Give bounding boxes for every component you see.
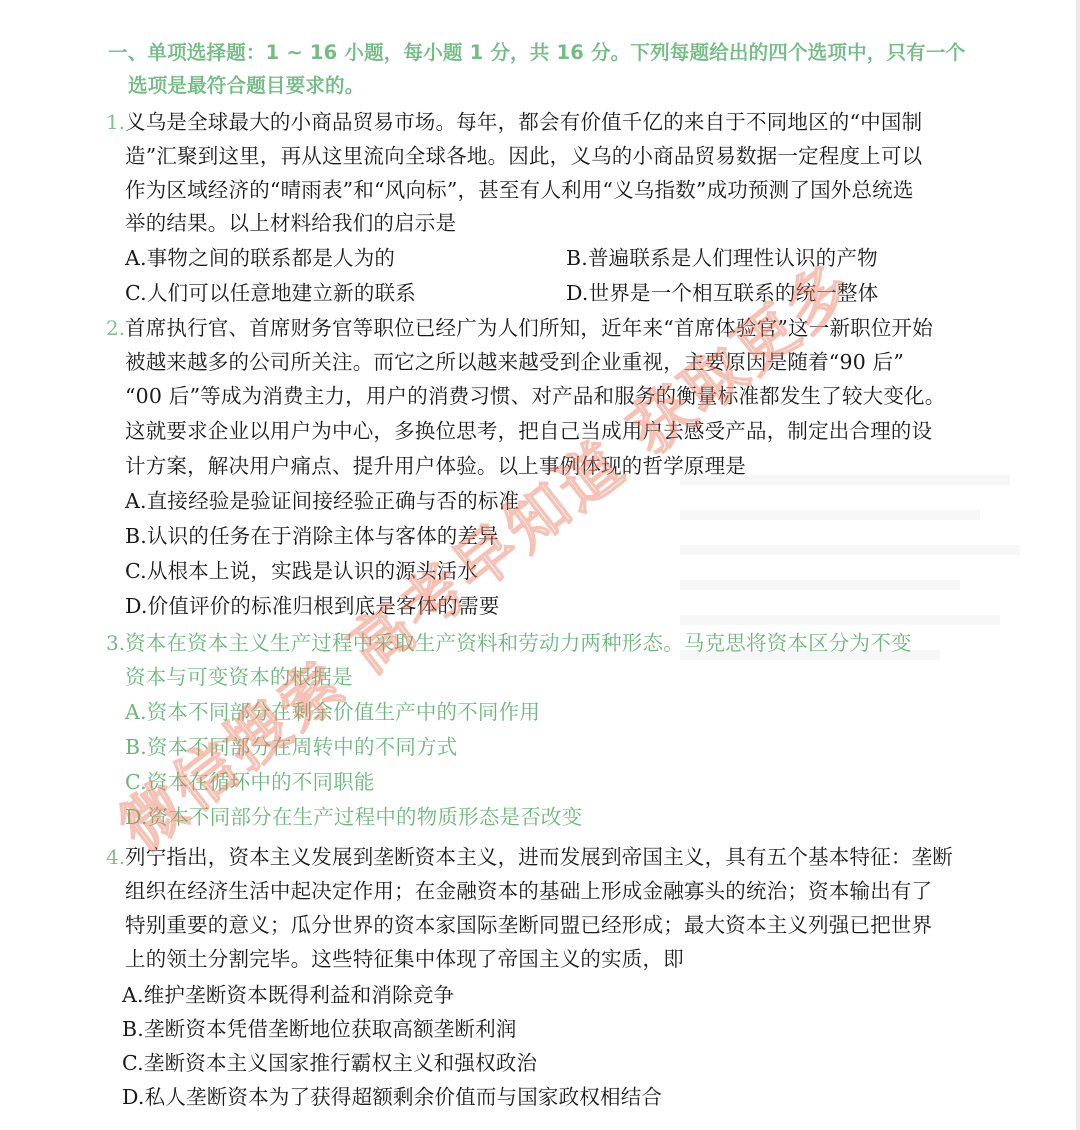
option-label: C. <box>125 559 147 583</box>
option-text: 垄断资本主义国家推行霸权主义和强权政治 <box>144 1051 537 1075</box>
question-stem-line: 组织在经济生活中起决定作用；在金融资本的基础上形成金融寡头的统治；资本输出有了 <box>125 876 932 906</box>
option-label: D. <box>122 1085 145 1109</box>
option-c[interactable]: C.从根本上说，实践是认识的源头活水 <box>125 556 478 586</box>
option-text: 世界是一个相互联系的统一整体 <box>589 281 879 305</box>
option-text: 直接经验是验证间接经验正确与否的标准 <box>147 489 520 513</box>
option-b[interactable]: B.垄断资本凭借垄断地位获取高额垄断利润 <box>122 1014 517 1044</box>
bleed-through-text <box>680 450 1060 750</box>
section-heading: 一、单项选择题：1 ~ 16 小题，每小题 1 分，共 16 分。下列每题给出的… <box>108 38 965 68</box>
option-text: 从根本上说，实践是认识的源头活水 <box>147 559 478 583</box>
option-text: 人们可以任意地建立新的联系 <box>147 281 416 305</box>
option-label: D. <box>125 805 148 829</box>
option-label: B. <box>566 246 588 270</box>
option-label: A. <box>125 700 147 724</box>
option-d[interactable]: D.私人垄断资本为了获得超额剩余价值而与国家政权相结合 <box>122 1082 662 1112</box>
option-c[interactable]: C.资本在循环中的不同职能 <box>125 767 375 797</box>
question-number: 2. <box>106 313 125 343</box>
question-stem-line: 造”汇聚到这里，再从这里流向全球各地。因此，义乌的小商品贸易数据一定程度上可以 <box>125 141 922 171</box>
option-b[interactable]: B.普遍联系是人们理性认识的产物 <box>566 243 878 273</box>
question-stem-line: 列宁指出，资本主义发展到垄断资本主义，进而发展到帝国主义，具有五个基本特征：垄断 <box>125 842 953 872</box>
option-text: 资本不同部分在剩余价值生产中的不同作用 <box>147 700 540 724</box>
option-label: A. <box>122 983 144 1007</box>
option-text: 资本不同部分在生产过程中的物质形态是否改变 <box>148 805 583 829</box>
option-a[interactable]: A.维护垄断资本既得利益和消除竞争 <box>122 980 454 1010</box>
option-a[interactable]: A.事物之间的联系都是人为的 <box>125 243 395 273</box>
question-stem-line: 这就要求企业以用户为中心，多换位思考，把自己当成用户去感受产品，制定出合理的设 <box>125 416 932 446</box>
option-c[interactable]: C.人们可以任意地建立新的联系 <box>125 278 416 308</box>
question-stem-line: 特别重要的意义；瓜分世界的资本家国际垄断同盟已经形成；最大资本主义列强已把世界 <box>125 910 932 940</box>
option-b[interactable]: B.资本不同部分在周转中的不同方式 <box>125 732 457 762</box>
option-label: D. <box>566 281 589 305</box>
option-d[interactable]: D.资本不同部分在生产过程中的物质形态是否改变 <box>125 802 582 832</box>
option-d[interactable]: D.世界是一个相互联系的统一整体 <box>566 278 878 308</box>
option-text: 资本不同部分在周转中的不同方式 <box>147 735 458 759</box>
option-c[interactable]: C.垄断资本主义国家推行霸权主义和强权政治 <box>122 1048 537 1078</box>
option-text: 事物之间的联系都是人为的 <box>147 246 395 270</box>
option-label: C. <box>122 1051 144 1075</box>
option-a[interactable]: A.资本不同部分在剩余价值生产中的不同作用 <box>125 697 540 727</box>
question-stem-line: 作为区域经济的“晴雨表”和“风向标”，甚至有人利用“义乌指数”成功预测了国外总统… <box>125 175 914 205</box>
option-label: C. <box>125 281 147 305</box>
question-number: 4. <box>106 842 125 872</box>
option-label: C. <box>125 770 147 794</box>
option-text: 普遍联系是人们理性认识的产物 <box>588 246 878 270</box>
exam-page: 一、单项选择题：1 ~ 16 小题，每小题 1 分，共 16 分。下列每题给出的… <box>0 0 1080 1130</box>
option-label: B. <box>125 524 147 548</box>
question-stem-line: 计方案，解决用户痛点、提升用户体验。以上事例体现的哲学原理是 <box>125 451 746 481</box>
option-a[interactable]: A.直接经验是验证间接经验正确与否的标准 <box>125 486 519 516</box>
option-text: 私人垄断资本为了获得超额剩余价值而与国家政权相结合 <box>145 1085 663 1109</box>
question-number: 3. <box>106 628 125 658</box>
section-heading-cont: 选项是最符合题目要求的。 <box>128 71 364 101</box>
question-stem-line: “00 后”等成为消费主力，用户的消费习惯、对产品和服务的衡量标准都发生了较大变… <box>125 381 945 411</box>
option-d[interactable]: D.价值评价的标准归根到底是客体的需要 <box>125 591 500 621</box>
option-text: 垄断资本凭借垄断地位获取高额垄断利润 <box>144 1017 517 1041</box>
question-stem-line: 资本与可变资本的根据是 <box>125 662 353 692</box>
option-label: D. <box>125 594 148 618</box>
option-label: A. <box>125 489 147 513</box>
question-stem-line: 首席执行官、首席财务官等职位已经广为人们所知，近年来“首席体验官”这一新职位开始 <box>125 313 933 343</box>
option-b[interactable]: B.认识的任务在于消除主体与客体的差异 <box>125 521 499 551</box>
question-stem-line: 举的结果。以上材料给我们的启示是 <box>125 208 456 238</box>
page-edge <box>1076 0 1080 1130</box>
question-stem-line: 资本在资本主义生产过程中采取生产资料和劳动力两种形态。马克思将资本区分为不变 <box>125 628 912 658</box>
option-text: 认识的任务在于消除主体与客体的差异 <box>147 524 499 548</box>
option-label: B. <box>122 1017 144 1041</box>
option-text: 价值评价的标准归根到底是客体的需要 <box>148 594 500 618</box>
question-stem-line: 上的领土分割完毕。这些特征集中体现了帝国主义的实质，即 <box>125 944 684 974</box>
option-text: 资本在循环中的不同职能 <box>147 770 375 794</box>
question-stem-line: 义乌是全球最大的小商品贸易市场。每年，都会有价值千亿的来自于不同地区的“中国制 <box>125 107 922 137</box>
question-number: 1. <box>106 107 125 137</box>
option-label: B. <box>125 735 147 759</box>
option-text: 维护垄断资本既得利益和消除竞争 <box>144 983 455 1007</box>
option-label: A. <box>125 246 147 270</box>
question-stem-line: 被越来越多的公司所关注。而它之所以越来越受到企业重视，主要原因是随着“90 后” <box>125 347 904 377</box>
